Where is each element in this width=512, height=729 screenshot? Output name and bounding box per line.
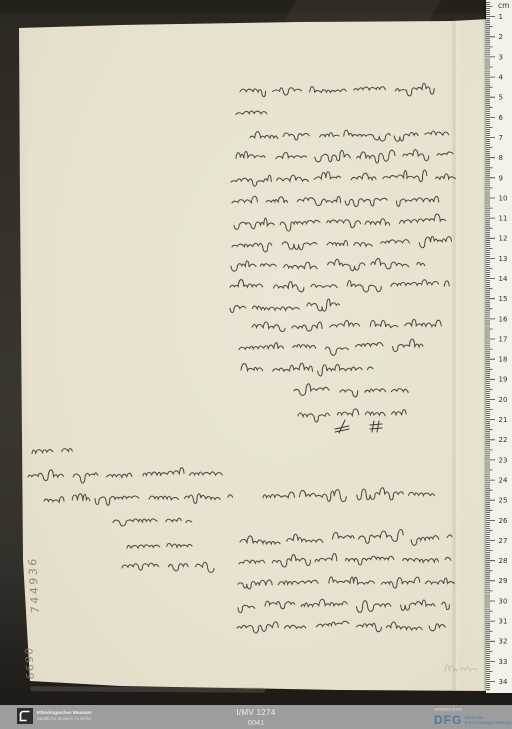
svg-text:17: 17 [499, 335, 508, 343]
letter-sheet [0, 0, 512, 729]
svg-text:15: 15 [499, 295, 508, 303]
svg-text:14: 14 [499, 275, 508, 283]
svg-text:18: 18 [499, 356, 508, 364]
svg-text:22: 22 [499, 436, 508, 444]
svg-text:25: 25 [499, 497, 508, 505]
svg-text:27: 27 [499, 537, 508, 545]
svg-text:4: 4 [499, 74, 504, 82]
svg-text:13: 13 [499, 255, 508, 263]
svg-text:2: 2 [499, 33, 503, 41]
svg-text:31: 31 [499, 618, 508, 626]
svg-text:30: 30 [499, 597, 508, 605]
svg-text:16: 16 [499, 315, 508, 323]
dfg-logo: DFG [434, 713, 462, 727]
svg-text:6: 6 [499, 114, 504, 122]
svg-text:20: 20 [499, 396, 508, 404]
institution-subtitle: Staatliche Museen zu Berlin [37, 717, 92, 720]
svg-text:34: 34 [499, 678, 508, 686]
svg-text:29: 29 [499, 577, 508, 585]
archive-scan-page: 744936 6690 cm12345678910111213141516171… [0, 0, 512, 729]
funding-organization: Deutsche Forschungsgemeinschaft [465, 715, 512, 725]
smb-museum-logo-icon [17, 708, 33, 724]
paper-crease [451, 20, 459, 690]
svg-text:33: 33 [499, 658, 508, 666]
sheet-stack-edge [30, 686, 265, 692]
institution-name: Ethnologisches Museum [37, 711, 95, 714]
svg-text:9: 9 [499, 174, 503, 182]
svg-text:21: 21 [499, 416, 508, 424]
svg-text:24: 24 [499, 477, 508, 485]
svg-text:5: 5 [499, 94, 503, 102]
svg-text:11: 11 [499, 215, 508, 223]
svg-text:7: 7 [499, 134, 503, 142]
funding-prefix: Gefördert durch [434, 707, 494, 710]
archive-info-bar: Ethnologisches Museum Staatliche Museen … [0, 705, 512, 729]
svg-text:1: 1 [499, 13, 503, 21]
page-number: 0041 [236, 718, 275, 727]
pencil-inventory-number-lower: 6690 [23, 646, 37, 679]
svg-text:23: 23 [499, 456, 508, 464]
svg-text:32: 32 [499, 638, 508, 646]
svg-text:cm: cm [498, 1, 509, 10]
svg-text:12: 12 [499, 235, 508, 243]
reference-number: I/MV 1274 [236, 708, 275, 717]
svg-text:10: 10 [499, 194, 508, 202]
cm-ruler: cm12345678910111213141516171819202122232… [486, 0, 512, 693]
institution-block: Ethnologisches Museum Staatliche Museen … [17, 708, 136, 724]
svg-text:8: 8 [499, 154, 503, 162]
svg-text:19: 19 [499, 376, 508, 384]
svg-text:28: 28 [499, 557, 508, 565]
backing-board-seam [284, 0, 442, 22]
funding-block: Gefördert durch DFG Deutsche Forschungsg… [434, 707, 512, 727]
reference-block: I/MV 1274 0041 [236, 708, 275, 727]
svg-text:3: 3 [499, 53, 503, 61]
svg-text:26: 26 [499, 517, 508, 525]
